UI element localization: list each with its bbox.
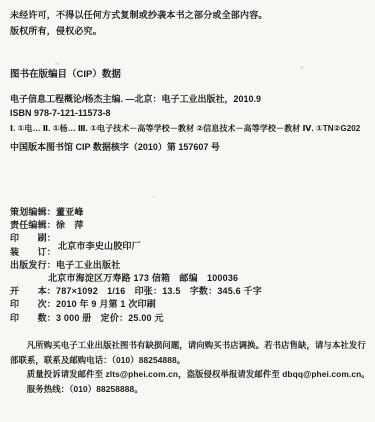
colophon-block: 策划编辑：董亚峰 责任编辑：徐 萍 印 刷： 装 订： 北京市李史山胶印厂 出版… (10, 206, 367, 325)
exchange-notice: 凡所购买电子工业出版社图书有缺损问题，请向购买书店调换。若书店售缺，请与本社发行… (10, 338, 367, 367)
scan-noise-speck (55, 62, 59, 65)
cip-header: 图书在版编目（CIP）数据 (10, 68, 367, 82)
service-footer: 凡所购买电子工业出版社图书有缺损问题，请向购买书店调换。若书店售缺，请与本社发行… (10, 338, 367, 396)
duty-editor-line: 责任编辑：徐 萍 (10, 219, 367, 232)
format-line: 开 本：787×1092 1/16 印张：13.5 字数：345.6 千字 (10, 285, 367, 298)
copyright-notice: 未经许可，不得以任何方式复制或抄袭本书之部分或全部内容。 版权所有，侵权必究。 (10, 7, 367, 39)
quality-complaint-line: 质量投诉请发邮件至 zlts@phei.com.cn，盗版侵权举报请发邮件至 d… (10, 367, 367, 382)
copyright-notice-line2: 版权所有，侵权必究。 (10, 23, 367, 39)
publisher-address-line: 北京市海淀区万寿路 173 信箱 邮编 100036 (10, 272, 367, 285)
cip-isbn: ISBN 978-7-121-11573-8 (10, 106, 367, 120)
scan-noise-speck (152, 196, 155, 198)
copyright-notice-line1: 未经许可，不得以任何方式复制或抄袭本书之部分或全部内容。 (10, 7, 367, 23)
printing-label: 印 刷： (10, 232, 56, 245)
cip-data-block: 图书在版编目（CIP）数据 电子信息工程概论/杨杰主编. —北京：电子工业出版社… (10, 68, 367, 156)
printing-binding-row: 印 刷： 装 订： 北京市李史山胶印厂 (10, 232, 367, 258)
publisher-line: 出版发行：电子工业出版社 (10, 259, 367, 272)
print-run-price-line: 印 数：3 000 册 定价：25.00 元 (10, 312, 367, 325)
service-hotline-line: 服务热线：（010）88258888。 (10, 382, 367, 397)
book-copyright-page: 未经许可，不得以任何方式复制或抄袭本书之部分或全部内容。 版权所有，侵权必究。 … (0, 0, 375, 422)
cip-classification: Ⅰ. ①电… Ⅱ. ①杨… Ⅲ. ①电子技术－高等学校－教材 ②信息技术－高等学… (10, 120, 367, 138)
cip-title-line: 电子信息工程概论/杨杰主编. —北京：电子工业出版社，2010.9 (10, 92, 367, 106)
binding-label: 装 订： (10, 246, 56, 259)
planning-editor-line: 策划编辑：董亚峰 (10, 206, 367, 219)
cip-registration-number: 中国版本图书馆 CIP 数据核字（2010）第 157607 号 (10, 138, 367, 156)
printer-name: 北京市李史山胶印厂 (56, 239, 141, 252)
impression-line: 印 次：2010 年 9 月第 1 次印刷 (10, 298, 367, 311)
